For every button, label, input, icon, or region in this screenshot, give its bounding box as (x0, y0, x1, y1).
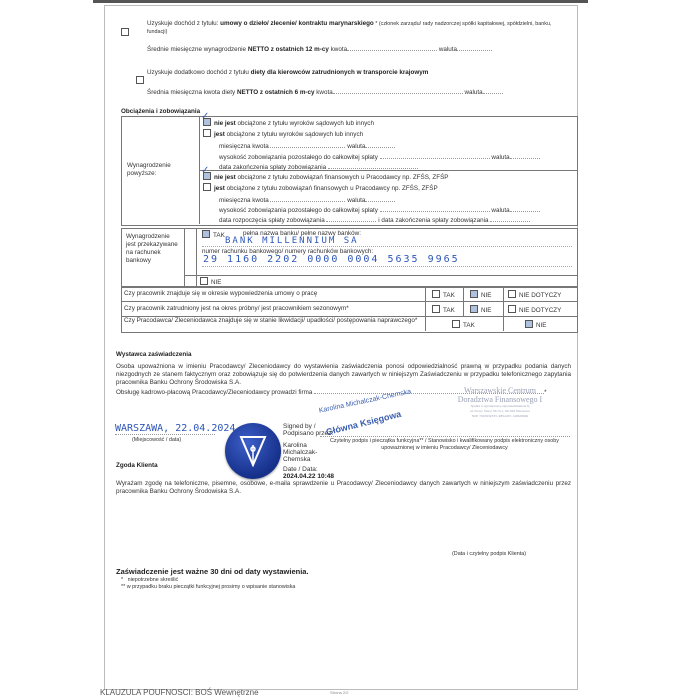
q2-tak[interactable]: TAK (432, 305, 455, 315)
obligations-heading: Obciążenia i zobowiązania (121, 108, 200, 116)
financial-option-burdened[interactable]: jest obciążone z tytułu zobowiązań finan… (203, 183, 438, 193)
divider (425, 286, 426, 331)
consent-body: Wyrażam zgodę na telefoniczne, pisemne, … (116, 480, 571, 496)
income-diet-checkbox[interactable] (136, 76, 144, 84)
question-probation: Czy pracownik zatrudniony jest na okres … (124, 305, 349, 313)
court-end-date: data zakończenia spłaty zobowiązania (219, 162, 418, 172)
handwritten-check-icon: ✓ (201, 166, 209, 176)
page-top-edge (93, 0, 588, 3)
divider (463, 286, 464, 316)
q3-nie[interactable]: NIE (525, 320, 547, 330)
q1-tak[interactable]: TAK (432, 290, 455, 300)
bank-name-line (202, 246, 572, 247)
financial-remaining: wysokość zobowiązania pozostałego do cał… (219, 205, 540, 215)
income-contract-average: Średnie miesięczne wynagrodzenie NETTO z… (147, 44, 567, 54)
divider (121, 301, 577, 302)
consent-heading: Zgoda Klienta (116, 462, 158, 470)
place-date-line (115, 434, 215, 435)
q1-nie[interactable]: NIE (470, 290, 492, 300)
divider (184, 228, 185, 286)
place-date-value: WARSZAWA, 22.04.2024 (115, 423, 235, 434)
court-remaining: wysokość zobowiązania pozostałego do cał… (219, 152, 540, 162)
divider (196, 228, 197, 286)
divider (184, 275, 577, 276)
account-number-line (202, 266, 572, 267)
question-liquidation: Czy Pracodawca/ Zleceniodawca znajduje s… (124, 317, 419, 325)
q2-nie[interactable]: NIE (470, 305, 492, 315)
question-notice-period: Czy pracownik znajduje się w okresie wyp… (124, 290, 317, 298)
signature-date-label: Date / Data: (283, 466, 318, 473)
fountain-pen-icon (239, 435, 267, 467)
electronic-signature-seal (225, 423, 281, 479)
company-stamp: Warszawskie Centrum Doradztwa Finansoweg… (425, 386, 575, 419)
court-option-burdened[interactable]: jest obciążone z tytułu wyroków sądowych… (203, 129, 363, 139)
place-date-caption: (Miejscowość / data) (132, 437, 181, 444)
issuer-body: Osoba upoważniona w imieniu Pracodawcy/ … (116, 363, 571, 387)
q3-tak[interactable]: TAK (452, 320, 475, 330)
q2-nie-dotyczy[interactable]: NIE DOTYCZY (508, 305, 561, 315)
validity-note: Zaświadczenie jest ważne 30 dni od daty … (116, 567, 309, 576)
income-diet-average: Średnia miesięczna kwota diety NETTO z o… (147, 87, 567, 97)
financial-dates: data rozpoczęcia spłaty zobowiązania i d… (219, 215, 530, 225)
confidentiality-footer: KLAUZULA POUFNOSCI: BOŚ Wewnętrzne (100, 688, 259, 697)
court-option-not-burdened[interactable]: nie jest obciążone z tytułu wyroków sądo… (203, 118, 374, 128)
signed-by-label: Signed by / Podpisano przez: (283, 423, 343, 437)
bank-name-value[interactable]: BANK MILLENNIUM SA (225, 236, 359, 246)
account-number-value[interactable]: 29 1160 2202 0000 0004 5635 9965 (203, 254, 460, 265)
court-monthly-amount: miesięczna kwota waluta (219, 141, 395, 151)
client-signature-caption: (Data i czytelny podpis Klienta) (452, 551, 526, 558)
divider (503, 286, 504, 331)
obligations-row-label: Wynagrodzenie powyższe: (127, 162, 192, 178)
issuer-heading: Wystawca zaświadczenia (116, 351, 191, 359)
income-contract-text: Uzyskuje dochód z tytułu: umowy o dzieło… (147, 20, 567, 36)
footnote-2: ** w przypadku braku pieczątki funkcyjne… (121, 584, 295, 591)
signature-date-value: 2024.04.22 10:48 (283, 473, 334, 480)
income-diet-text: Uzyskuje dodatkowo dochód z tytułu diety… (147, 69, 567, 77)
signature-caption: Czytelny podpis i pieczątka funkcyjna** … (327, 438, 562, 452)
q1-nie-dotyczy[interactable]: NIE DOTYCZY (508, 290, 561, 300)
bank-transfer-label: Wynagrodzenie jest przekazywane na rachu… (126, 233, 181, 265)
handwritten-check-icon: ✓ (201, 112, 209, 122)
footnote-1: * niepotrzebne skreślić (121, 577, 178, 584)
financial-option-not-burdened[interactable]: nie jest obciążone z tytułu zobowiązań f… (203, 172, 449, 182)
financial-monthly-amount: miesięczna kwota waluta (219, 195, 395, 205)
income-contract-checkbox[interactable] (121, 28, 129, 36)
signature-line (320, 436, 570, 437)
bank-yes-option[interactable]: TAK (202, 230, 225, 240)
page-number: Strona 2/2 (330, 690, 348, 695)
signer-name: Karolina Michalczak-Chemska (283, 442, 325, 463)
